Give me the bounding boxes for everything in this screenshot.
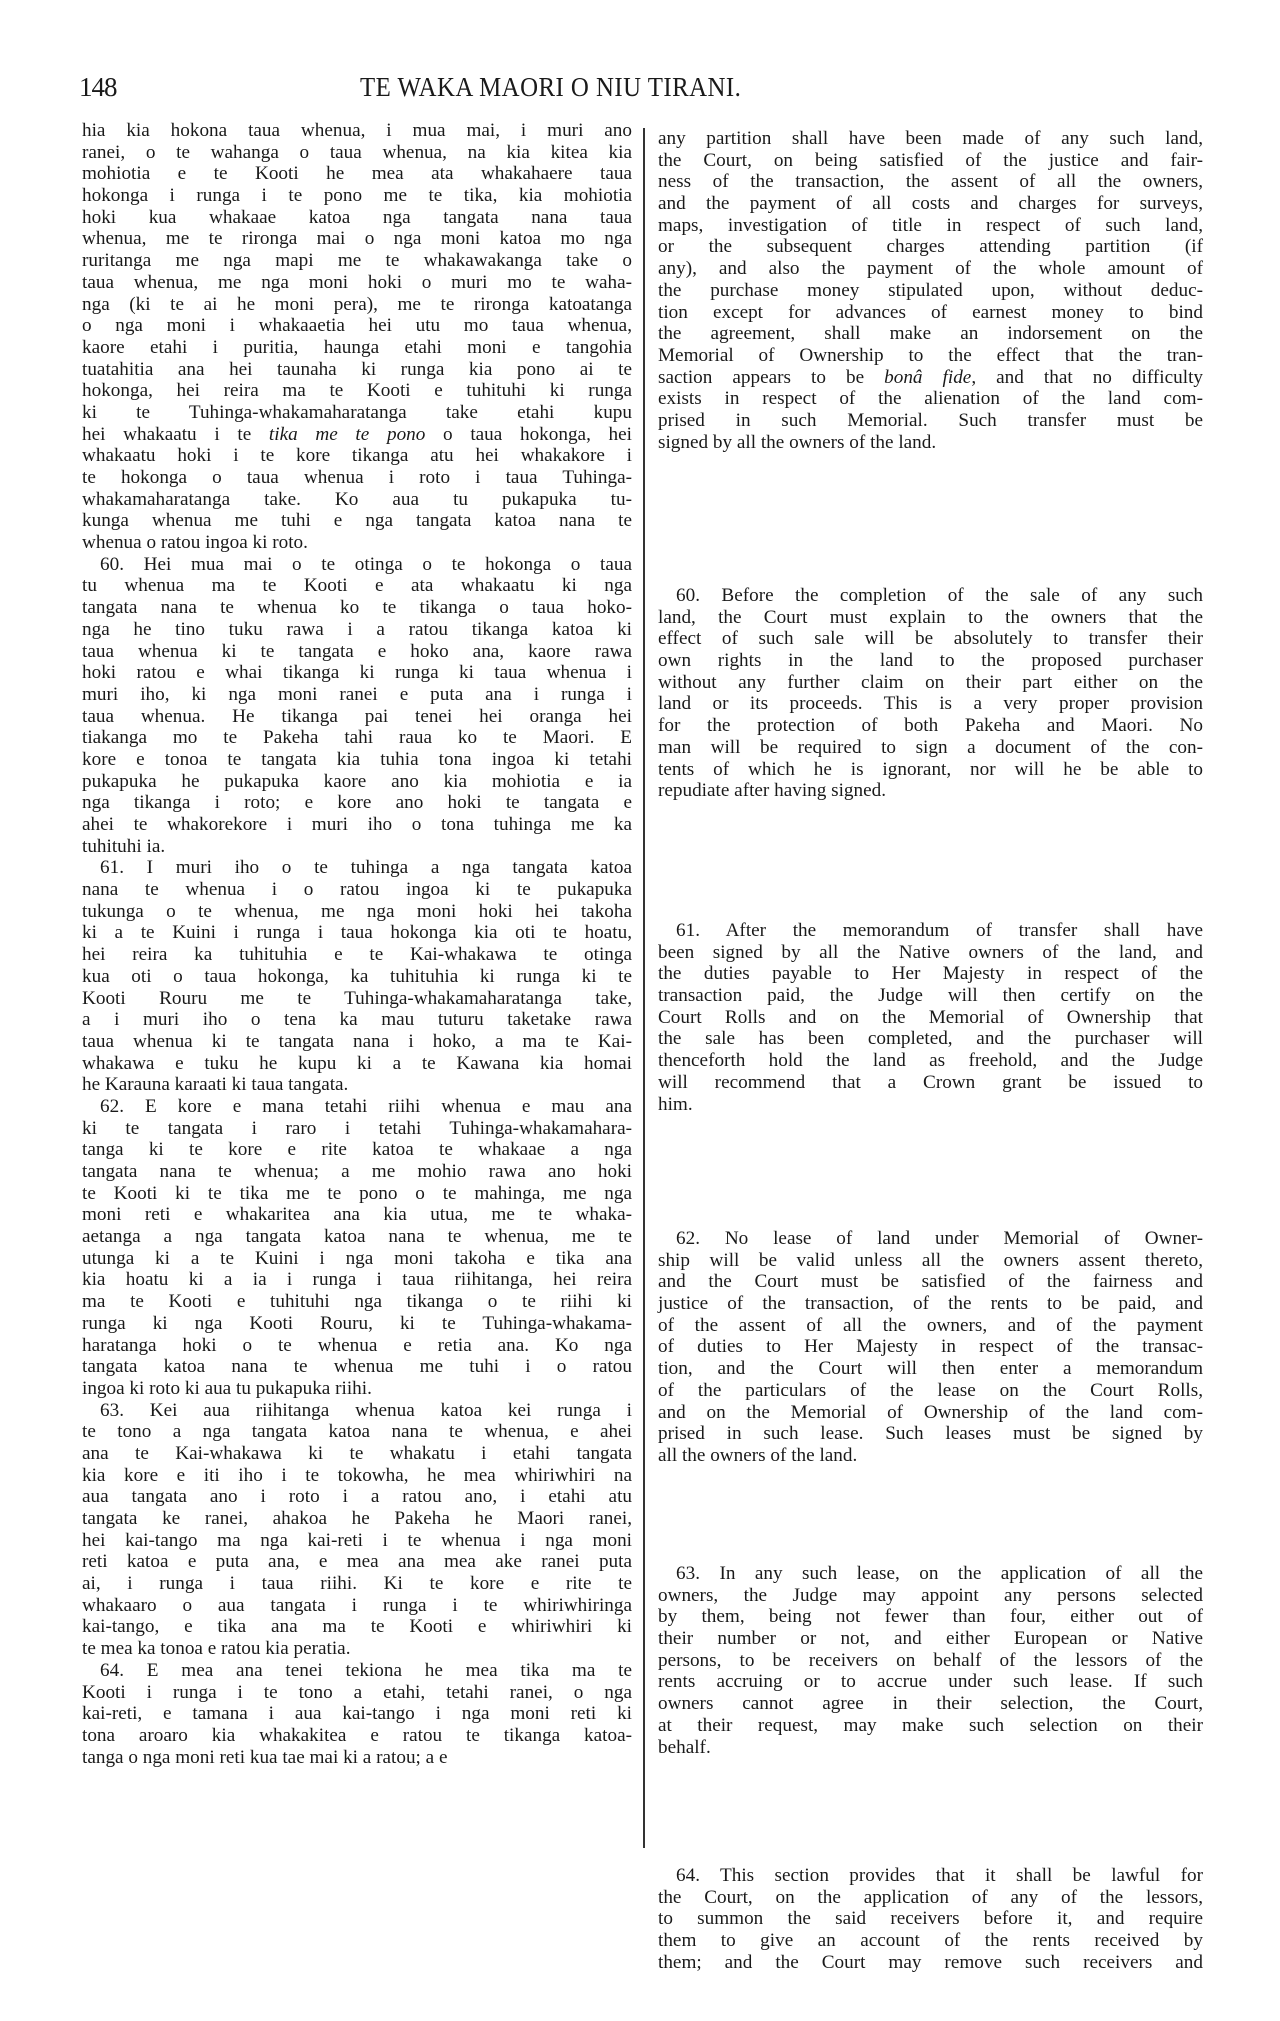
text-line: ki a te Kuini i runga i taua hokonga kia… [82, 922, 632, 944]
text-line: te Kooti ki te tika me te pono o te mahi… [82, 1183, 632, 1205]
text-line: taua whenua, me nga moni hoki o muri mo … [82, 272, 632, 294]
text-line: ruritanga me nga mapi me te whakawakanga… [82, 250, 632, 272]
text-line: taua whenua. He tikanga pai tenei hei or… [82, 706, 632, 728]
text-line: will recommend that a Crown grant be iss… [658, 1072, 1203, 1094]
text-line: kai-tango, e tika ana ma te Kooti e whir… [82, 1616, 632, 1638]
text-line: of the particulars of the lease on the C… [658, 1380, 1203, 1402]
text-line: ranei, o te wahanga o taua whenua, na ki… [82, 142, 632, 164]
text-line: them; and the Court may remove such rece… [658, 1952, 1203, 1974]
text-line: aua tangata ano i roto i a ratou ano, i … [82, 1486, 632, 1508]
text-line: 60. Before the completion of the sale of… [658, 585, 1203, 607]
text-line: moni reti e whakaritea ana kia utua, me … [82, 1204, 632, 1226]
text-line: Kooti i runga i te tono a etahi, tetahi … [82, 1682, 632, 1704]
text-line: ki te Tuhinga-whakamaharatanga take etah… [82, 402, 632, 424]
text-line: behalf. [658, 1737, 1203, 1759]
text-line: all the owners of the land. [658, 1445, 1203, 1467]
text-line: reti katoa e puta ana, e mea ana mea ake… [82, 1551, 632, 1573]
text-line: owners, the Judge may appoint any person… [658, 1585, 1203, 1607]
text-line: kai-reti, e tamana i aua kai-tango i nga… [82, 1703, 632, 1725]
text-line: own rights in the land to the proposed p… [658, 650, 1203, 672]
text-line: man will be required to sign a document … [658, 737, 1203, 759]
text-line: nga (ki te ai he moni pera), me te riron… [82, 294, 632, 316]
text-line: to summon the said receivers before it, … [658, 1908, 1203, 1930]
text-line: exists in respect of the alienation of t… [658, 388, 1203, 410]
text-line: or the subsequent charges attending part… [658, 236, 1203, 258]
text-line: at their request, may make such selectio… [658, 1715, 1203, 1737]
text-line: whenua, me te rironga mai o nga moni kat… [82, 228, 632, 250]
text-line: repudiate after having signed. [658, 780, 1203, 802]
english-intro: any partition shall have been made of an… [658, 128, 1203, 453]
text-line: nga tikanga i roto; e kore ano hoki te t… [82, 792, 632, 814]
text-line: any partition shall have been made of an… [658, 128, 1203, 150]
text-line: ingoa ki roto ki aua tu pukapuka riihi. [82, 1378, 632, 1400]
text-line: by them, being not fewer than four, eith… [658, 1606, 1203, 1628]
text-line: justice of the transaction, of the rents… [658, 1293, 1203, 1315]
text-line: 63. In any such lease, on the applicatio… [658, 1563, 1203, 1585]
page-number: 148 [79, 72, 117, 103]
text-line: whakamaharatanga take. Ko aua tu pukapuk… [82, 489, 632, 511]
text-line: ai, i runga i taua riihi. Ki te kore e r… [82, 1573, 632, 1595]
text-line: ship will be valid unless all the owners… [658, 1250, 1203, 1272]
text-line: o nga moni i whakaaetia hei utu mo taua … [82, 315, 632, 337]
text-line: kunga whenua me tuhi e nga tangata katoa… [82, 510, 632, 532]
text-line: any), and also the payment of the whole … [658, 258, 1203, 280]
text-line: kia kore e iti iho i te tokowha, he mea … [82, 1465, 632, 1487]
text-line: rents accruing or to accrue under such l… [658, 1671, 1203, 1693]
column-divider [643, 128, 645, 1848]
text-line: tuhituhi ia. [82, 836, 632, 858]
text-line: tiakanga mo te Pakeha tahi raua ko te Ma… [82, 727, 632, 749]
text-line: Kooti Rouru me te Tuhinga-whakamaharatan… [82, 988, 632, 1010]
text-line: 61. After the memorandum of transfer sha… [658, 920, 1203, 942]
text-line: and the payment of all costs and charges… [658, 193, 1203, 215]
text-line: for the protection of both Pakeha and Ma… [658, 715, 1203, 737]
text-line: him. [658, 1094, 1203, 1116]
text-line: prised in such Memorial. Such transfer m… [658, 410, 1203, 432]
text-line: 64. E mea ana tenei tekiona he mea tika … [82, 1660, 632, 1682]
text-line: tion except for advances of earnest mone… [658, 302, 1203, 324]
text-line: 62. E kore e mana tetahi riihi whenua e … [82, 1096, 632, 1118]
text-line: aetanga a nga tangata katoa nana te when… [82, 1226, 632, 1248]
text-line: land, the Court must explain to the owne… [658, 607, 1203, 629]
text-line: tukunga o te whenua, me nga moni hoki he… [82, 901, 632, 923]
text-line: haratanga hoki o te whenua e retia ana. … [82, 1335, 632, 1357]
text-line: the Court, on the application of any of … [658, 1887, 1203, 1909]
text-line: them to give an account of the rents rec… [658, 1930, 1203, 1952]
text-line: hei kai-tango ma nga kai-reti i te whenu… [82, 1530, 632, 1552]
text-line: muri iho, ki nga moni ranei e puta ana i… [82, 684, 632, 706]
text-line: the agreement, shall make an indorsement… [658, 323, 1203, 345]
text-line: whenua o ratou ingoa ki roto. [82, 532, 632, 554]
text-line: nga he tino tuku rawa i a ratou tikanga … [82, 619, 632, 641]
text-line: hokonga i runga i te pono me te tika, ki… [82, 185, 632, 207]
text-line: tanga ki te kore e rite katoa te whakaae… [82, 1139, 632, 1161]
text-line: tangata katoa nana te whenua me tuhi i o… [82, 1356, 632, 1378]
text-line: and the Court must be satisfied of the f… [658, 1271, 1203, 1293]
text-line: nana te whenua i o ratou ingoa ki te puk… [82, 879, 632, 901]
english-section-61: 61. After the memorandum of transfer sha… [658, 920, 1203, 1115]
text-line: saction appears to be bonâ fide, and tha… [658, 367, 1203, 389]
text-line: Memorial of Ownership to the effect that… [658, 345, 1203, 367]
text-line: kaore etahi i puritia, haunga etahi moni… [82, 337, 632, 359]
text-line: te tono a nga tangata katoa nana te when… [82, 1421, 632, 1443]
text-line: tuatahitia ana hei taunaha ki runga kia … [82, 359, 632, 381]
text-line: a i muri iho o tena ka mau tuturu taketa… [82, 1009, 632, 1031]
text-line: maps, investigation of title in respect … [658, 215, 1203, 237]
text-line: taua whenua ki te tangata nana i hoko, a… [82, 1031, 632, 1053]
text-line: signed by all the owners of the land. [658, 432, 1203, 454]
text-line: without any further claim on their part … [658, 672, 1203, 694]
text-line: tion, and the Court will then enter a me… [658, 1358, 1203, 1380]
text-line: the purchase money stipulated upon, with… [658, 280, 1203, 302]
text-line: land or its proceeds. This is a very pro… [658, 693, 1203, 715]
text-line: Court Rolls and on the Memorial of Owner… [658, 1007, 1203, 1029]
running-title: TE WAKA MAORI O NIU TIRANI. [360, 72, 741, 103]
text-line: persons, to be receivers on behalf of th… [658, 1650, 1203, 1672]
text-line: hoki kua whakaae katoa nga tangata nana … [82, 207, 632, 229]
text-line: of the assent of all the owners, and of … [658, 1315, 1203, 1337]
text-line: thenceforth hold the land as freehold, a… [658, 1050, 1203, 1072]
text-line: tona aroaro kia whakakitea e ratou te ti… [82, 1725, 632, 1747]
text-line: pukapuka he pukapuka kaore ano kia mohio… [82, 771, 632, 793]
text-line: he Karauna karaati ki taua tangata. [82, 1074, 632, 1096]
text-line: effect of such sale will be absolutely t… [658, 628, 1203, 650]
english-section-63: 63. In any such lease, on the applicatio… [658, 1563, 1203, 1758]
text-line: hokonga, hei reira ma te Kooti e tuhituh… [82, 380, 632, 402]
english-section-64: 64. This section provides that it shall … [658, 1865, 1203, 1973]
text-line: owners cannot agree in their selection, … [658, 1693, 1203, 1715]
text-line: hoki ratou e whai tikanga ki runga ki ta… [82, 662, 632, 684]
text-line: hei whakaatu i te tika me te pono o taua… [82, 424, 632, 446]
text-line: utunga ki a te Kuini i nga moni takoha e… [82, 1248, 632, 1270]
english-section-62: 62. No lease of land under Memorial of O… [658, 1228, 1203, 1467]
text-line: 62. No lease of land under Memorial of O… [658, 1228, 1203, 1250]
text-line: 64. This section provides that it shall … [658, 1865, 1203, 1887]
text-line: hei reira ka tuhituhia e te Kai-whakawa … [82, 944, 632, 966]
text-line: ma te Kooti e tuhituhi nga tikanga o te … [82, 1291, 632, 1313]
text-line: been signed by all the Native owners of … [658, 942, 1203, 964]
text-line: tu whenua ma te Kooti e ata whakaatu ki … [82, 575, 632, 597]
text-line: hia kia hokona taua whenua, i mua mai, i… [82, 120, 632, 142]
text-line: 60. Hei mua mai o te otinga o te hokonga… [82, 554, 632, 576]
text-line: and on the Memorial of Ownership of the … [658, 1402, 1203, 1424]
text-line: whakaatu hoki i te kore tikanga atu hei … [82, 445, 632, 467]
text-line: taua whenua ki te tangata e hoko ana, ka… [82, 641, 632, 663]
text-line: mohiotia e te Kooti he mea ata whakahaer… [82, 163, 632, 185]
text-line: 61. I muri iho o te tuhinga a nga tangat… [82, 857, 632, 879]
text-line: the sale has been completed, and the pur… [658, 1028, 1203, 1050]
text-line: kore e tonoa te tangata kia tuhia tona i… [82, 749, 632, 771]
text-line: tangata nana te whenua ko te tikanga o t… [82, 597, 632, 619]
text-line: their number or not, and either European… [658, 1628, 1203, 1650]
text-line: whakawa e tuku he kupu ki a te Kawana ki… [82, 1053, 632, 1075]
text-line: kia hoatu ki a ia i runga i taua riihita… [82, 1269, 632, 1291]
text-line: prised in such lease. Such leases must b… [658, 1423, 1203, 1445]
text-line: the Court, on being satisfied of the jus… [658, 150, 1203, 172]
text-line: the duties payable to Her Majesty in res… [658, 963, 1203, 985]
text-line: whakaaro o aua tangata i runga i te whir… [82, 1595, 632, 1617]
text-line: kua oti o taua hokonga, ka tuhituhia ki … [82, 966, 632, 988]
text-line: of duties to Her Majesty in respect of t… [658, 1336, 1203, 1358]
text-line: 63. Kei aua riihitanga whenua katoa kei … [82, 1400, 632, 1422]
text-line: te hokonga o taua whenua i roto i taua T… [82, 467, 632, 489]
text-line: te mea ka tonoa e ratou kia peratia. [82, 1638, 632, 1660]
text-line: ki te tangata i raro i tetahi Tuhinga-wh… [82, 1118, 632, 1140]
text-line: tangata ke ranei, ahakoa he Pakeha he Ma… [82, 1508, 632, 1530]
text-line: tangata nana te whenua; a me mohio rawa … [82, 1161, 632, 1183]
english-section-60: 60. Before the completion of the sale of… [658, 585, 1203, 802]
text-line: ana te Kai-whakawa ki te whakatu i etahi… [82, 1443, 632, 1465]
maori-column: hia kia hokona taua whenua, i mua mai, i… [82, 120, 632, 1768]
text-line: transaction paid, the Judge will then ce… [658, 985, 1203, 1007]
text-line: tents of which he is ignorant, nor will … [658, 759, 1203, 781]
text-line: ahei te whakorekore i muri iho o tona tu… [82, 814, 632, 836]
text-line: runga ki nga Kooti Rouru, ki te Tuhinga-… [82, 1313, 632, 1335]
text-line: ness of the transaction, the assent of a… [658, 171, 1203, 193]
text-line: tanga o nga moni reti kua tae mai ki a r… [82, 1747, 632, 1769]
